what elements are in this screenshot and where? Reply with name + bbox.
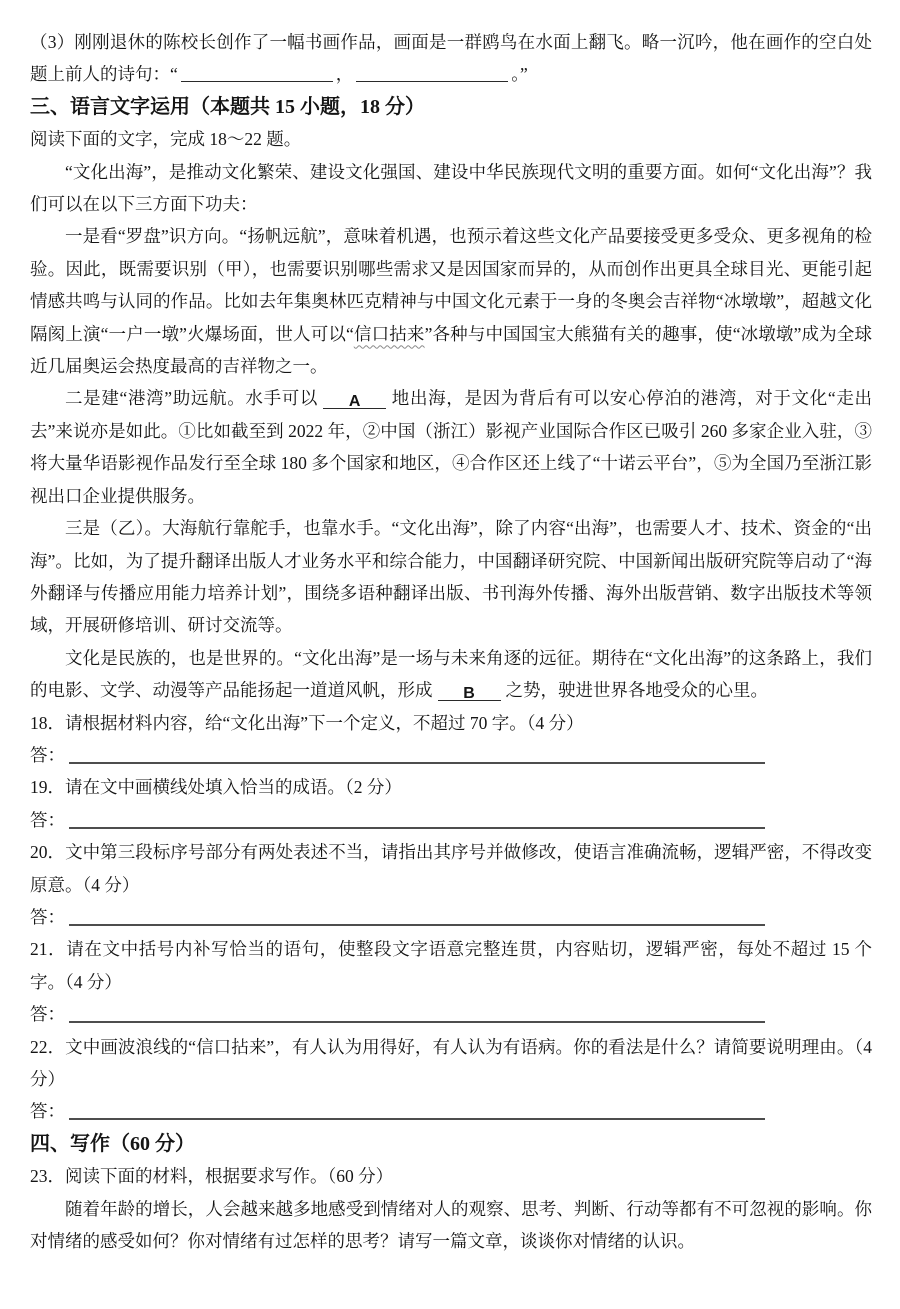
question-21: 21．请在文中括号内补写恰当的语句，使整段文字语意完整连贯，内容贴切，逻辑严密，… — [30, 933, 872, 1030]
item-3-paragraph: （3）刚刚退休的陈校长创作了一幅书画作品，画面是一群鸥鸟在水面上翻飞。略一沉吟，… — [30, 26, 872, 91]
passage-instruction: 阅读下面的文字，完成 18～22 题。 — [30, 123, 872, 155]
answer-label: 答： — [30, 907, 65, 927]
essay-prompt-paragraph: 随着年龄的增长，人会越来越多地感受到情绪对人的观察、思考、判断、行动等都有不可忽… — [30, 1193, 872, 1258]
question-18-text: 18．请根据材料内容，给“文化出海”下一个定义，不超过 70 字。（4 分） — [30, 707, 872, 739]
passage-paragraph-5: 文化是民族的，也是世界的。“文化出海”是一场与未来角逐的远征。期待在“文化出海”… — [30, 642, 872, 707]
question-20-answer-row: 答： — [30, 901, 872, 933]
text-run: ， — [336, 64, 354, 84]
section-3-heading: 三、语言文字运用（本题共 15 小题，18 分） — [30, 91, 872, 123]
question-21-text: 21．请在文中括号内补写恰当的语句，使整段文字语意完整连贯，内容贴切，逻辑严密，… — [30, 933, 872, 998]
answer-underline-20 — [69, 908, 765, 926]
text-run: 二是建“港湾”助远航。水手可以 — [65, 388, 318, 408]
answer-underline-21 — [69, 1005, 765, 1023]
question-22: 22．文中画波浪线的“信口拈来”，有人认为用得好，有人认为有语病。你的看法是什么… — [30, 1031, 872, 1128]
blank-A: A — [323, 392, 386, 409]
question-19-answer-row: 答： — [30, 804, 872, 836]
question-20: 20．文中第三段标序号部分有两处表述不当，请指出其序号并做修改，使语言准确流畅，… — [30, 836, 872, 933]
question-22-answer-row: 答： — [30, 1095, 872, 1127]
question-18: 18．请根据材料内容，给“文化出海”下一个定义，不超过 70 字。（4 分） 答… — [30, 707, 872, 772]
passage-paragraph-4: 三是（乙）。大海航行靠舵手，也靠水手。“文化出海”，除了内容“出海”，也需要人才… — [30, 512, 872, 642]
answer-label: 答： — [30, 810, 65, 830]
section-4-heading: 四、写作（60 分） — [30, 1128, 872, 1160]
question-23-text: 23．阅读下面的材料，根据要求写作。（60 分） — [30, 1160, 872, 1192]
question-19-text: 19．请在文中画横线处填入恰当的成语。（2 分） — [30, 771, 872, 803]
poem-blank-2 — [356, 65, 508, 82]
text-run: 之势，驶进世界各地受众的心里。 — [506, 680, 769, 700]
question-19: 19．请在文中画横线处填入恰当的成语。（2 分） 答： — [30, 771, 872, 836]
answer-underline-18 — [69, 746, 765, 764]
poem-blank-1 — [181, 65, 333, 82]
question-18-answer-row: 答： — [30, 739, 872, 771]
passage-paragraph-2: 一是看“罗盘”识方向。“扬帆远航”，意味着机遇，也预示着这些文化产品要接受更多受… — [30, 220, 872, 382]
answer-label: 答： — [30, 1101, 65, 1121]
text-run: 。” — [511, 64, 528, 84]
answer-label: 答： — [30, 745, 65, 765]
text-run: “文化出海”，是推动文化繁荣、建设文化强国、建设中华民族现代文明的重要方面。如何… — [30, 162, 872, 214]
question-20-text: 20．文中第三段标序号部分有两处表述不当，请指出其序号并做修改，使语言准确流畅，… — [30, 836, 872, 901]
answer-label: 答： — [30, 1004, 65, 1024]
passage-paragraph-1: “文化出海”，是推动文化繁荣、建设文化强国、建设中华民族现代文明的重要方面。如何… — [30, 156, 872, 221]
wavy-underlined-phrase: 信口拈来 — [354, 324, 425, 344]
text-run: 三是（乙）。大海航行靠舵手，也靠水手。“文化出海”，除了内容“出海”，也需要人才… — [30, 518, 872, 635]
answer-underline-19 — [69, 811, 765, 829]
question-22-text: 22．文中画波浪线的“信口拈来”，有人认为用得好，有人认为有语病。你的看法是什么… — [30, 1031, 872, 1096]
exam-paper-page: （3）刚刚退休的陈校长创作了一幅书画作品，画面是一群鸥鸟在水面上翻飞。略一沉吟，… — [0, 0, 900, 1309]
question-21-answer-row: 答： — [30, 998, 872, 1030]
passage-paragraph-3: 二是建“港湾”助远航。水手可以A地出海，是因为背后有可以安心停泊的港湾，对于文化… — [30, 382, 872, 512]
blank-B: B — [438, 684, 501, 701]
answer-underline-22 — [69, 1102, 765, 1120]
